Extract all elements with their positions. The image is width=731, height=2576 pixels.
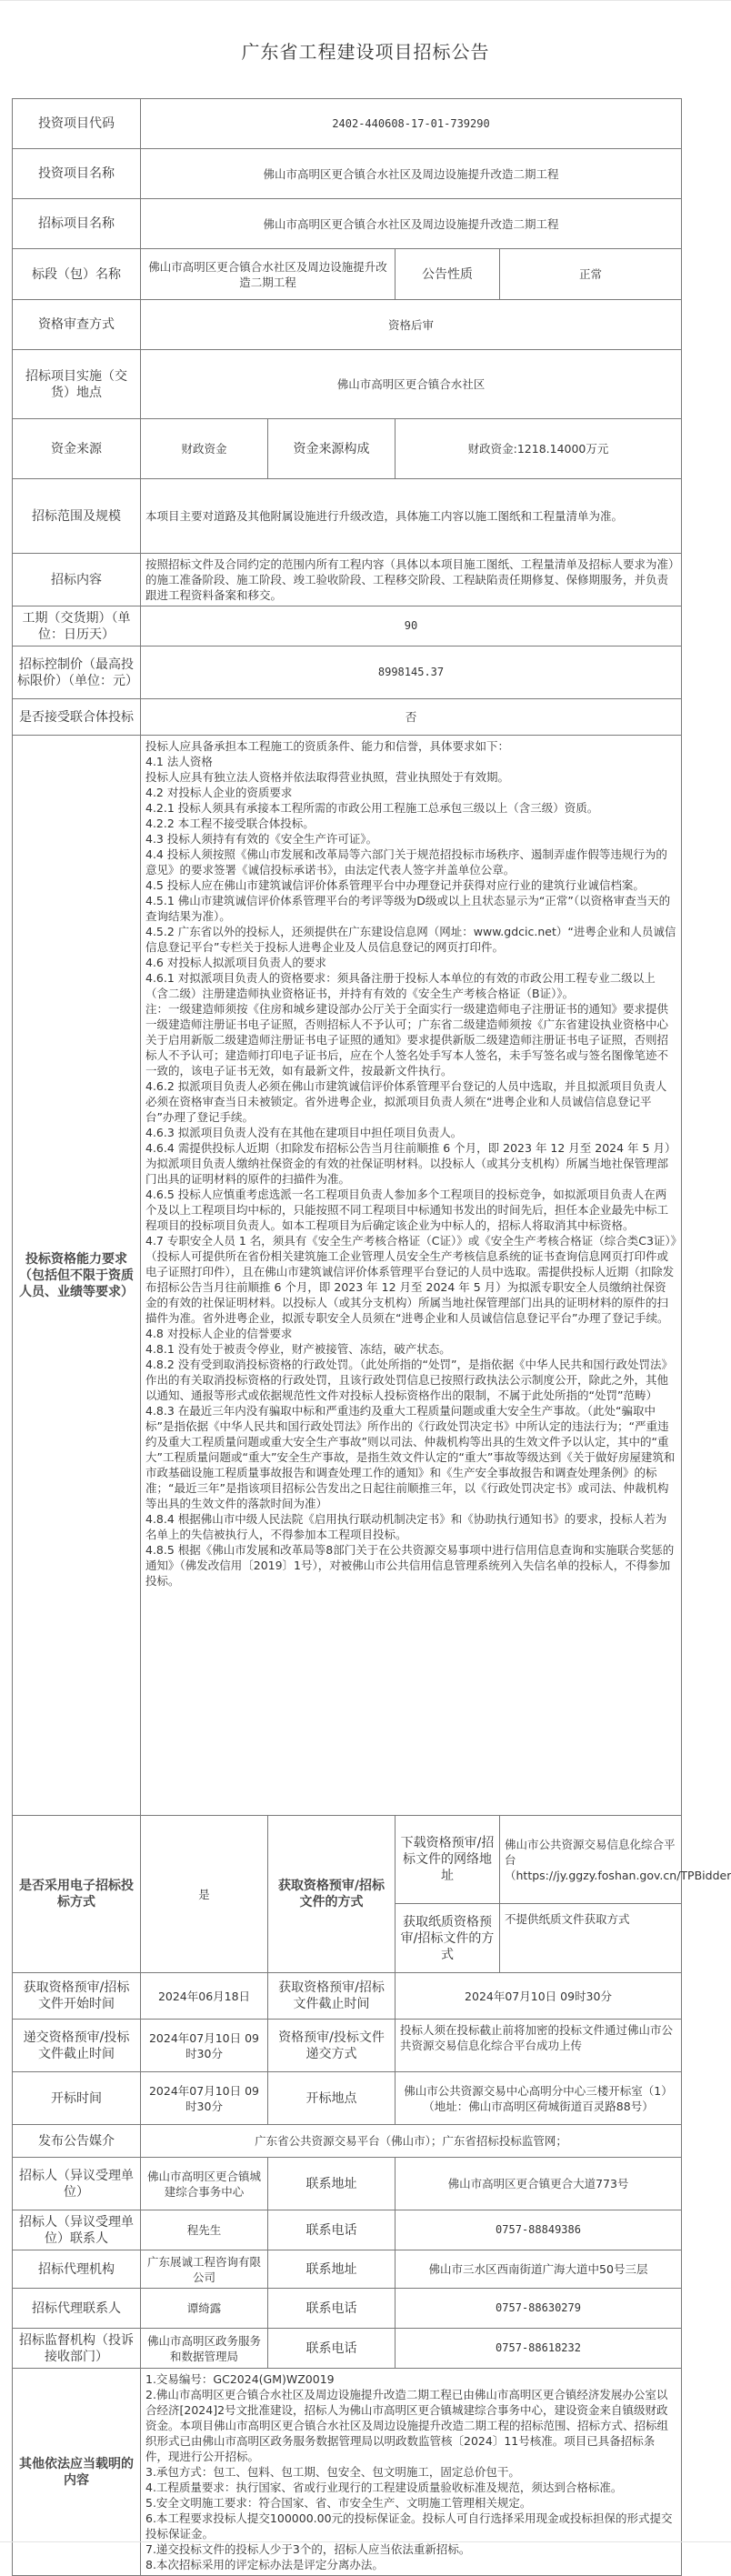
row-supervisor: 招标监督机构（投诉接收部门） 佛山市高明区政务服务和数据管理局 联系电话 075… <box>13 2329 682 2369</box>
value-download-url[interactable]: 佛山市公共资源交易信息化综合平台 （https://jy.ggzy.foshan… <box>500 1816 682 1904</box>
value-notice-nature: 正常 <box>500 249 682 300</box>
row-obtain-time: 获取资格预审/招标文件开始时间 2024年06月18日 获取资格预审/招标文件截… <box>13 1973 682 2020</box>
label-agency: 招标代理机构 <box>13 2250 141 2289</box>
req-paragraph: 4.8.1 没有处于被责令停业，财产被接管、冻结，破产状态。 <box>145 1341 676 1357</box>
value-content: 按照招标文件及合同约定的范围内所有工程内容（具体以本项目施工图纸、工程量清单及招… <box>141 554 682 606</box>
req-paragraph: 投标人应具备承担本工程施工的资质条件、能力和信誉，具体要求如下： <box>145 738 676 754</box>
value-consortium: 否 <box>141 699 682 736</box>
row-electronic-download: 是否采用电子招标投标方式 是 获取资格预审/招标文件的方式 下载资格预审/招标文… <box>13 1816 682 1904</box>
label-location: 招标项目实施（交货）地点 <box>13 350 141 419</box>
label-submit-method: 资格预审/投标文件递交方式 <box>268 2020 396 2072</box>
value-tenderer-phone: 0757-88849386 <box>396 2210 682 2250</box>
label-opening-place: 开标地点 <box>268 2072 396 2125</box>
value-tenderer-address: 佛山市高明区更合镇更合大道773号 <box>396 2158 682 2210</box>
row-max-price: 招标控制价（最高投标限价）（单位：元） 8998145.37 <box>13 647 682 699</box>
value-qualification-method: 资格后审 <box>141 300 682 350</box>
label-requirements: 投标资格能力要求（包括但不限于资质人员、业绩等要求） <box>13 736 141 1816</box>
value-paper-method: 不提供纸质文件获取方式 <box>500 1904 682 1973</box>
row-media: 发布公告媒介 广东省公共资源交易平台（佛山市）；广东省招标投标监管网； <box>13 2125 682 2158</box>
row-project-name: 投资项目名称 佛山市高明区更合镇合水社区及周边设施提升改造二期工程 <box>13 149 682 199</box>
req-paragraph: 4.8.4 根据佛山市中级人民法院《启用执行联动机制决定书》和《协助执行通知书》… <box>145 1511 676 1542</box>
label-paper-method: 获取纸质资格预审/招标文件的方式 <box>396 1904 500 1973</box>
value-scope: 本项目主要对道路及其他附属设施进行升级改造，具体施工内容以施工图纸和工程量清单为… <box>141 479 682 554</box>
value-project-name: 佛山市高明区更合镇合水社区及周边设施提升改造二期工程 <box>141 149 682 199</box>
req-paragraph: 4.5.2 广东省以外的投标人，还须提供在广东建设信息网（网址：www.gdci… <box>145 924 676 955</box>
label-agency-contact: 招标代理联系人 <box>13 2289 141 2329</box>
label-agency-address: 联系地址 <box>268 2250 396 2289</box>
label-funding-composition: 资金来源构成 <box>268 419 396 479</box>
req-paragraph: 4.6.3 拟派项目负责人没有在其他在建项目中担任项目负责人。 <box>145 1125 676 1140</box>
label-download-url: 下载资格预审/招标文件的网络地址 <box>396 1816 500 1904</box>
label-media: 发布公告媒介 <box>13 2125 141 2158</box>
label-qualification-method: 资格审查方式 <box>13 300 141 350</box>
value-submit-method: 投标人须在投标截止前将加密的投标文件通过佛山市公共资源交易信息化综合平台成功上传 <box>396 2020 682 2072</box>
value-agency-phone: 0757-88630279 <box>396 2289 682 2329</box>
row-content: 招标内容 按照招标文件及合同约定的范围内所有工程内容（具体以本项目施工图纸、工程… <box>13 554 682 606</box>
row-agency: 招标代理机构 广东展诚工程咨询有限公司 联系地址 佛山市三水区西南街道广海大道中… <box>13 2250 682 2289</box>
label-funding: 资金来源 <box>13 419 141 479</box>
req-paragraph: 4.1 法人资格 <box>145 754 676 769</box>
row-opening: 开标时间 2024年07月10日 09时30分 开标地点 佛山市公共资源交易中心… <box>13 2072 682 2125</box>
label-tenderer-address: 联系地址 <box>268 2158 396 2210</box>
notice-table: 投资项目代码 2402-440608-17-01-739290 投资项目名称 佛… <box>12 98 682 2576</box>
req-paragraph: 4.8.3 在最近三年内没有骗取中标和严重违约及重大工程质量问题或重大安全生产事… <box>145 1403 676 1511</box>
label-obtain-method: 获取资格预审/招标文件的方式 <box>268 1816 396 1973</box>
page-title: 广东省工程建设项目招标公告 <box>0 1 731 81</box>
label-project-code: 投资项目代码 <box>13 99 141 149</box>
row-consortium: 是否接受联合体投标 否 <box>13 699 682 736</box>
value-tender-name: 佛山市高明区更合镇合水社区及周边设施提升改造二期工程 <box>141 199 682 249</box>
value-supervisor-phone: 0757-88618232 <box>396 2329 682 2369</box>
label-electronic: 是否采用电子招标投标方式 <box>13 1816 141 1973</box>
row-other: 其他依法应当载明的内容 1.交易编号：GC2024(GM)WZ0019 2.佛山… <box>13 2369 682 2576</box>
req-paragraph: 4.3 投标人须持有有效的《安全生产许可证》。 <box>145 831 676 847</box>
req-paragraph: 4.5.1 佛山市建筑诚信评价体系管理平台的考评等级为D级或以上且状态显示为“正… <box>145 893 676 924</box>
value-requirements: 投标人应具备承担本工程施工的资质条件、能力和信誉，具体要求如下： 4.1 法人资… <box>141 736 682 1816</box>
row-section: 标段（包）名称 佛山市高明区更合镇合水社区及周边设施提升改造二期工程 公告性质 … <box>13 249 682 300</box>
req-paragraph: 4.8 对投标人企业的信誉要求 <box>145 1326 676 1341</box>
label-opening-time: 开标时间 <box>13 2072 141 2125</box>
other-paragraph: 1.交易编号：GC2024(GM)WZ0019 <box>145 2371 676 2387</box>
req-paragraph: 4.2.1 投标人须具有承接本工程所需的市政公用工程施工总承包三级以上（含三级）… <box>145 800 676 816</box>
label-tenderer-phone: 联系电话 <box>268 2210 396 2250</box>
other-paragraph: 7.递交投标文件的投标人少于3个的，招标人应当依法重新招标。 <box>145 2541 676 2557</box>
label-scope: 招标范围及规模 <box>13 479 141 554</box>
req-paragraph: 4.8.5 根据《佛山市发展和改革局等8部门关于在公共资源交易事项中进行信用信息… <box>145 1542 676 1589</box>
value-opening-place: 佛山市公共资源交易中心高明分中心三楼开标室（1）（地址：佛山市高明区荷城街道百灵… <box>396 2072 682 2125</box>
row-scope: 招标范围及规模 本项目主要对道路及其他附属设施进行升级改造，具体施工内容以施工图… <box>13 479 682 554</box>
label-obtain-start: 获取资格预审/招标文件开始时间 <box>13 1973 141 2020</box>
row-submit: 递交资格预审/投标文件截止时间 2024年07月10日 09时30分 资格预审/… <box>13 2020 682 2072</box>
row-tender-name: 招标项目名称 佛山市高明区更合镇合水社区及周边设施提升改造二期工程 <box>13 199 682 249</box>
value-duration: 90 <box>141 606 682 647</box>
row-duration: 工期（交货期）（单位：日历天） 90 <box>13 606 682 647</box>
bottom-divider <box>0 2541 731 2542</box>
value-tenderer: 佛山市高明区更合镇城建综合事务中心 <box>141 2158 268 2210</box>
value-agency-address: 佛山市三水区西南街道广海大道中50号三层 <box>396 2250 682 2289</box>
value-location: 佛山市高明区更合镇合水社区 <box>141 350 682 419</box>
other-paragraph: 5.安全文明施工要求：符合国家、省、市安全生产、文明施工管理相关规定。 <box>145 2495 676 2511</box>
req-paragraph: 4.6.5 投标人应慎重考虑选派一名工程项目负责人参加多个工程项目的投标竞争，如… <box>145 1187 676 1233</box>
label-other: 其他依法应当载明的内容 <box>13 2369 141 2576</box>
label-submit-deadline: 递交资格预审/投标文件截止时间 <box>13 2020 141 2072</box>
label-tender-name: 招标项目名称 <box>13 199 141 249</box>
value-funding: 财政资金 <box>141 419 268 479</box>
value-opening-time: 2024年07月10日 09时30分 <box>141 2072 268 2125</box>
row-location: 招标项目实施（交货）地点 佛山市高明区更合镇合水社区 <box>13 350 682 419</box>
value-tenderer-contact: 程先生 <box>141 2210 268 2250</box>
other-paragraph: 3.承包方式：包工、包料、包工期、包安全、包文明施工，固定总价包干。 <box>145 2464 676 2480</box>
label-duration: 工期（交货期）（单位：日历天） <box>13 606 141 647</box>
value-electronic: 是 <box>141 1816 268 1973</box>
row-funding: 资金来源 财政资金 资金来源构成 财政资金:1218.14000万元 <box>13 419 682 479</box>
req-paragraph: 4.6.1 对拟派项目负责人的资格要求：须具备注册于投标人本单位的有效的市政公用… <box>145 970 676 1001</box>
req-paragraph: 4.6 对投标人拟派项目负责人的要求 <box>145 955 676 970</box>
row-tenderer-contact: 招标人（异议受理单位）联系人 程先生 联系电话 0757-88849386 <box>13 2210 682 2250</box>
req-paragraph: 投标人应具有独立法人资格并依法取得营业执照，营业执照处于有效期。 <box>145 769 676 785</box>
label-obtain-end: 获取资格预审/招标文件截止时间 <box>268 1973 396 2020</box>
other-paragraph: 8.本次招标采用的评定标办法是评定分离办法。 <box>145 2557 676 2572</box>
label-tenderer: 招标人（异议受理单位） <box>13 2158 141 2210</box>
req-paragraph: 4.4 投标人须按照《佛山市发展和改革局等六部门关于规范招投标市场秩序、遏制弄虚… <box>145 847 676 877</box>
label-max-price: 招标控制价（最高投标限价）（单位：元） <box>13 647 141 699</box>
other-paragraph: 6.本工程要求投标人提交100000.00元的投标保证金。投标人可自行选择采用现… <box>145 2511 676 2541</box>
label-content: 招标内容 <box>13 554 141 606</box>
req-paragraph: 4.6.4 需提供投标人近期（扣除发布招标公告当月往前顺推 6 个月，即 202… <box>145 1140 676 1187</box>
req-paragraph: 4.6.2 拟派项目负责人必须在佛山市建筑诚信评价体系管理平台登记的人员中选取，… <box>145 1078 676 1125</box>
value-section: 佛山市高明区更合镇合水社区及周边设施提升改造二期工程 <box>141 249 396 300</box>
req-paragraph: 注：一级建造师须按《住房和城乡建设部办公厅关于全面实行一级建造师电子注册证书的通… <box>145 1001 676 1078</box>
req-paragraph: 4.5 投标人应在佛山市建筑诚信评价体系管理平台中办理登记并获得对应行业的建筑行… <box>145 877 676 893</box>
value-max-price: 8998145.37 <box>141 647 682 699</box>
value-funding-composition: 财政资金:1218.14000万元 <box>396 419 682 479</box>
value-project-code: 2402-440608-17-01-739290 <box>141 99 682 149</box>
value-obtain-end: 2024年07月10日 09时30分 <box>396 1973 682 2020</box>
value-other: 1.交易编号：GC2024(GM)WZ0019 2.佛山市高明区更合镇合水社区及… <box>141 2369 682 2576</box>
req-paragraph: 4.2.2 本工程不接受联合体投标。 <box>145 816 676 831</box>
other-paragraph: 2.佛山市高明区更合镇合水社区及周边设施提升改造二期工程已由佛山市高明区更合镇经… <box>145 2387 676 2464</box>
row-agency-contact: 招标代理联系人 谭绮露 联系电话 0757-88630279 <box>13 2289 682 2329</box>
value-agency: 广东展诚工程咨询有限公司 <box>141 2250 268 2289</box>
label-consortium: 是否接受联合体投标 <box>13 699 141 736</box>
value-agency-contact: 谭绮露 <box>141 2289 268 2329</box>
value-obtain-start: 2024年06月18日 <box>141 1973 268 2020</box>
label-agency-phone: 联系电话 <box>268 2289 396 2329</box>
req-paragraph: 4.7 专职安全人员 1 名，须具有《安全生产考核合格证（C证）》或《安全生产考… <box>145 1233 676 1326</box>
label-section: 标段（包）名称 <box>13 249 141 300</box>
req-paragraph: 4.8.2 没有受到取消投标资格的行政处罚。（此处所指的“处罚”，是指依据《中华… <box>145 1357 676 1403</box>
other-paragraph: 4.工程质量要求：执行国家、省或行业现行的工程建设质量验收标准及规范，须达到合格… <box>145 2480 676 2495</box>
row-project-code: 投资项目代码 2402-440608-17-01-739290 <box>13 99 682 149</box>
label-supervisor: 招标监督机构（投诉接收部门） <box>13 2329 141 2369</box>
value-submit-deadline: 2024年07月10日 09时30分 <box>141 2020 268 2072</box>
label-tenderer-contact: 招标人（异议受理单位）联系人 <box>13 2210 141 2250</box>
row-requirements: 投标资格能力要求（包括但不限于资质人员、业绩等要求） 投标人应具备承担本工程施工… <box>13 736 682 1816</box>
row-qualification-method: 资格审查方式 资格后审 <box>13 300 682 350</box>
label-project-name: 投资项目名称 <box>13 149 141 199</box>
value-supervisor: 佛山市高明区政务服务和数据管理局 <box>141 2329 268 2369</box>
req-paragraph: 4.2 对投标人企业的资质要求 <box>145 785 676 800</box>
label-notice-nature: 公告性质 <box>396 249 500 300</box>
row-tenderer: 招标人（异议受理单位） 佛山市高明区更合镇城建综合事务中心 联系地址 佛山市高明… <box>13 2158 682 2210</box>
value-media: 广东省公共资源交易平台（佛山市）；广东省招标投标监管网； <box>141 2125 682 2158</box>
label-supervisor-phone: 联系电话 <box>268 2329 396 2369</box>
